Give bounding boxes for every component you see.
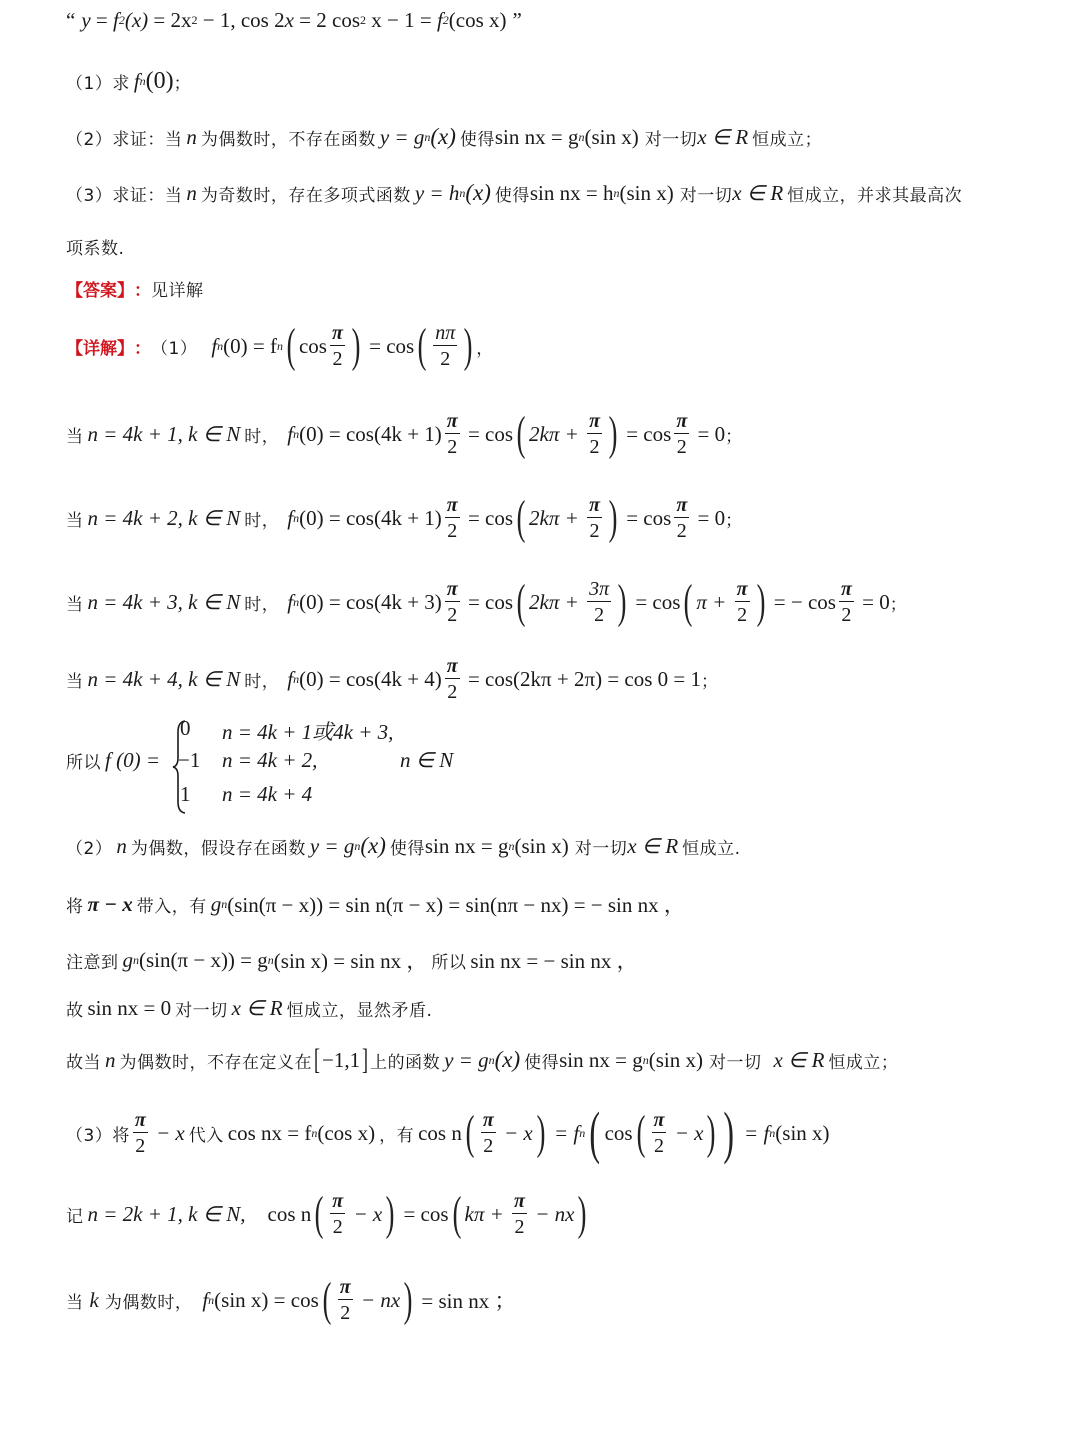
- punct: ；: [725, 422, 743, 447]
- text: 为偶数时，不存在定义在: [120, 1048, 313, 1073]
- subscript: n: [579, 1126, 585, 1141]
- numerator: π: [133, 1110, 148, 1133]
- fraction: π2: [735, 579, 750, 625]
- expr: = cos: [364, 334, 414, 359]
- left-paren: (: [590, 1104, 601, 1162]
- expr: = 2 cos: [294, 8, 360, 33]
- punct: ，: [476, 334, 494, 359]
- fraction: π2: [481, 1110, 496, 1156]
- fraction: π2: [445, 411, 460, 457]
- var-k: k: [90, 1288, 99, 1313]
- solution-label: 【详解】: [66, 334, 134, 359]
- question-2: （2）求证：当 n 为偶数时，不存在函数 y = gn (x) 使得 sin n…: [66, 124, 822, 150]
- right-paren: ): [386, 1190, 395, 1238]
- question-3: （3）求证：当 n 为奇数时，存在多项式函数 y = hn (x) 使得 sin…: [66, 180, 962, 206]
- piecewise-value-1: 0: [180, 716, 191, 741]
- denominator: 2: [677, 434, 687, 457]
- piecewise-value-3: 1: [180, 782, 191, 807]
- fraction: π2: [839, 579, 854, 625]
- text: 当: [66, 1288, 84, 1313]
- subscript: n: [277, 339, 283, 354]
- expr: (sin x) = sin nx ，: [274, 945, 428, 975]
- right-paren: ): [707, 1109, 716, 1157]
- denominator: 2: [447, 679, 457, 702]
- text: 时，: [244, 667, 279, 692]
- text: 时，: [244, 506, 279, 531]
- numerator: π: [338, 1277, 353, 1300]
- punct: ；: [725, 506, 743, 531]
- expr: y = g: [310, 834, 355, 859]
- numerator: π: [674, 495, 689, 518]
- left-paren: (: [465, 1109, 474, 1157]
- fraction: π2: [587, 411, 602, 457]
- expr: sin nx = 0: [88, 996, 172, 1021]
- text: 将: [66, 892, 84, 917]
- numerator: π: [445, 656, 460, 679]
- condition: n = 4k + 3, k ∈ N: [88, 590, 241, 615]
- numerator: π: [445, 495, 460, 518]
- text: 当: [66, 667, 84, 692]
- answer-colon: ：: [134, 276, 151, 301]
- expr: sin nx = − sin nx ，: [470, 945, 637, 975]
- numerator: 3π: [587, 579, 611, 602]
- text: 为偶数时，: [105, 1288, 193, 1313]
- expr: (sin(π − x)) = g: [139, 948, 268, 973]
- expr: = − cos: [769, 590, 836, 615]
- expr: = cos: [621, 506, 671, 531]
- text: 代入: [189, 1121, 224, 1146]
- expr: x ∈ R: [697, 125, 748, 150]
- arg: (sin x): [514, 834, 568, 859]
- denominator: 2: [447, 434, 457, 457]
- text: 使得: [460, 125, 495, 150]
- text: 带入，有: [137, 892, 207, 917]
- expr: = 0: [857, 590, 890, 615]
- text: 使得: [495, 181, 530, 206]
- fraction: nπ2: [433, 323, 457, 369]
- text: 恒成立，显然矛盾.: [287, 996, 433, 1021]
- expr: sin nx = g: [425, 834, 509, 859]
- text: 对一切: [645, 125, 698, 150]
- arg: (x): [495, 1047, 521, 1073]
- expr: = 0: [692, 422, 725, 447]
- expr: − x: [348, 1202, 382, 1227]
- expr: 2kπ +: [529, 422, 584, 447]
- var-g: g: [123, 948, 134, 973]
- var-n: n: [186, 125, 197, 150]
- expr: = cos: [463, 422, 513, 447]
- denominator: 2: [514, 1214, 524, 1237]
- numerator: π: [445, 411, 460, 434]
- left-paren: (: [418, 322, 427, 370]
- expr: = cos(2kπ + 2π) = cos 0 = 1: [463, 667, 701, 692]
- arg: (cos x): [449, 8, 507, 33]
- case-line-3: 当 n = 4k + 3, k ∈ N 时， fn (0) = cos(4k +…: [66, 578, 907, 626]
- open-quote: “: [66, 8, 75, 33]
- piecewise-value-2: −1: [178, 748, 200, 773]
- text: 为奇数时，存在多项式函数: [201, 181, 411, 206]
- question-label: （1）求: [66, 69, 130, 94]
- numerator: π: [481, 1110, 496, 1133]
- numerator: π: [330, 1191, 345, 1214]
- text: 使得: [524, 1048, 559, 1073]
- text: 项系数.: [66, 234, 124, 259]
- expr: − nx: [530, 1202, 575, 1227]
- expr: − x: [499, 1121, 533, 1146]
- part2-line-4: 故 sin nx = 0 对一切 x ∈ R 恒成立，显然矛盾.: [66, 996, 432, 1021]
- arg: (0): [146, 68, 174, 95]
- text: 为偶数时，不存在函数: [201, 125, 376, 150]
- expr: − 1, cos 2: [198, 8, 285, 33]
- expr: = f: [739, 1121, 770, 1146]
- text: 为偶数，假设存在函数: [131, 834, 306, 859]
- var-n: n: [186, 181, 197, 206]
- punct: ；: [890, 590, 908, 615]
- text: 故当: [66, 1048, 101, 1073]
- text: 使得: [390, 834, 425, 859]
- text: 对一切: [680, 181, 733, 206]
- expr: sin nx = g: [559, 1048, 643, 1073]
- fraction: π2: [512, 1191, 527, 1237]
- expr: 2kπ +: [529, 590, 584, 615]
- numerator: π: [512, 1191, 527, 1214]
- arg: (sin x): [619, 181, 673, 206]
- part2-line-2: 将 π − x 带入，有 gn (sin(π − x)) = sin n(π −…: [66, 889, 685, 919]
- denominator: 2: [737, 602, 747, 625]
- case-line-2: 当 n = 4k + 2, k ∈ N 时， fn (0) = cos(4k +…: [66, 494, 743, 542]
- expr: = cos: [463, 506, 513, 531]
- fraction: π2: [445, 495, 460, 541]
- numerator: π: [587, 411, 602, 434]
- text: 所以: [66, 748, 101, 773]
- intro-formula-line: “ y = f2 (x) = 2x2 − 1, cos 2x = 2 cos2 …: [66, 8, 522, 33]
- expr: − nx: [356, 1288, 401, 1313]
- condition: n = 4k + 2, k ∈ N: [88, 506, 241, 531]
- text: 注意到: [66, 948, 119, 973]
- denominator: 2: [590, 434, 600, 457]
- var-g: g: [211, 892, 222, 917]
- var-n: n: [105, 1048, 116, 1073]
- text: 所以: [431, 948, 466, 973]
- text: 恒成立.: [682, 834, 740, 859]
- fraction: 3π2: [587, 579, 611, 625]
- piecewise-cond-1: n = 4k + 1或4k + 3,: [222, 716, 393, 746]
- arg: (x): [465, 180, 491, 206]
- right-paren: ): [609, 494, 618, 542]
- part3-line-1: （3）将 π2 − x 代入 cos nx = fn (cos x) ，有 co…: [66, 1104, 830, 1162]
- expr: x ∈ R: [773, 1048, 824, 1073]
- expr: cos n: [268, 1202, 312, 1227]
- answer-label: 【答案】: [66, 276, 134, 301]
- expr: y = g: [380, 125, 425, 150]
- case-line-4: 当 n = 4k + 4, k ∈ N 时， fn (0) = cos(4k +…: [66, 656, 719, 702]
- part2-line-1: （2） n 为偶数，假设存在函数 y = gn (x) 使得 sin nx = …: [66, 833, 741, 859]
- fraction: π2: [445, 579, 460, 625]
- expr: = 0: [692, 506, 725, 531]
- piecewise-domain: n ∈ N: [400, 748, 453, 773]
- numerator: π: [587, 495, 602, 518]
- right-paren: ): [464, 322, 473, 370]
- punct: ；: [701, 667, 719, 692]
- piecewise-lhs: 所以 f (0) =: [66, 748, 165, 773]
- piecewise-cond-3: n = 4k + 4: [222, 782, 312, 807]
- left-paren: (: [322, 1276, 331, 1324]
- expr: π +: [696, 590, 731, 615]
- arg: (x): [125, 8, 148, 33]
- right-paren: ): [404, 1276, 413, 1324]
- numerator: π: [839, 579, 854, 602]
- text: 恒成立，并求其最高次: [787, 181, 962, 206]
- right-paren: ): [618, 578, 627, 626]
- denominator: 2: [594, 602, 604, 625]
- part3-line-3: 当 k 为偶数时， fn (sin x) = cos ( π2 − nx ) =…: [66, 1276, 516, 1324]
- arg: (sin x): [649, 1048, 703, 1073]
- denominator: 2: [483, 1133, 493, 1156]
- part-number: （3）将: [66, 1121, 130, 1146]
- left-paren: (: [636, 1109, 645, 1157]
- part-number: （1）: [151, 334, 197, 359]
- right-paren: ): [578, 1190, 587, 1238]
- expr: x ∈ R: [232, 996, 283, 1021]
- fraction: π2: [587, 495, 602, 541]
- equals: =: [148, 8, 170, 33]
- expr: π − x: [88, 892, 133, 917]
- question-label: （2）求证：当: [66, 125, 182, 150]
- text: 恒成立；: [752, 125, 822, 150]
- expr: 2kπ +: [529, 506, 584, 531]
- arg: (cos x): [317, 1121, 375, 1146]
- fraction: π2: [445, 656, 460, 702]
- var-x: x: [285, 8, 294, 33]
- part2-line-3: 注意到 gn (sin(π − x)) = gn (sin x) = sin n…: [66, 945, 638, 975]
- solution-part1: 【详解】 ： （1） fn (0) = fn ( cos π2 ) = cos …: [66, 322, 494, 370]
- left-paren: (: [287, 322, 296, 370]
- denominator: 2: [447, 518, 457, 541]
- expr: kπ +: [465, 1202, 510, 1227]
- answer-text: 见详解: [151, 276, 204, 301]
- left-paren: (: [517, 578, 526, 626]
- numerator: π: [674, 411, 689, 434]
- text: 当: [66, 590, 84, 615]
- denominator: 2: [677, 518, 687, 541]
- expr: cos nx = f: [228, 1121, 312, 1146]
- right-paren: ): [756, 578, 765, 626]
- condition: n = 2k + 1, k ∈ N,: [88, 1202, 246, 1227]
- right-paren: ): [724, 1104, 735, 1162]
- numerator: π: [652, 1110, 667, 1133]
- expr: (0) = cos(4k + 4): [299, 667, 442, 692]
- arg: (x): [430, 124, 456, 150]
- expr: = f: [549, 1121, 580, 1146]
- expr: = cos: [630, 590, 680, 615]
- text: 时，: [244, 422, 279, 447]
- expr: (0) = f: [223, 334, 277, 359]
- denominator: 2: [447, 602, 457, 625]
- expr: x − 1 =: [366, 8, 437, 33]
- text: 对一切: [175, 996, 228, 1021]
- expr: = cos: [463, 590, 513, 615]
- expr: (0) = cos(4k + 1): [299, 506, 442, 531]
- var-y: y: [81, 8, 90, 33]
- expr: sin nx = g: [495, 125, 579, 150]
- right-paren: ): [352, 322, 361, 370]
- condition: n = 4k + 4, k ∈ N: [88, 667, 241, 692]
- denominator: 2: [654, 1133, 664, 1156]
- fraction: π2: [652, 1110, 667, 1156]
- fraction: π2: [674, 495, 689, 541]
- denominator: 2: [590, 518, 600, 541]
- fraction: π2: [330, 1191, 345, 1237]
- question-label: （3）求证：当: [66, 181, 182, 206]
- expr: x ∈ R: [732, 181, 783, 206]
- question-1: （1）求 fn (0) ；: [66, 68, 191, 95]
- expr: f (0) =: [105, 748, 165, 773]
- expr: sin nx = h: [530, 181, 614, 206]
- case-line-1: 当 n = 4k + 1, k ∈ N 时， fn (0) = cos(4k +…: [66, 410, 743, 458]
- denominator: 2: [841, 602, 851, 625]
- denominator: 2: [332, 346, 342, 369]
- expr: y = g: [444, 1048, 489, 1073]
- left-paren: (: [452, 1190, 461, 1238]
- solution-colon: ：: [134, 334, 151, 359]
- numerator: π: [735, 579, 750, 602]
- text: 时，: [244, 590, 279, 615]
- arg: (x): [360, 833, 386, 859]
- numerator: nπ: [433, 323, 457, 346]
- expr: cos: [299, 334, 327, 359]
- expr: cos: [605, 1121, 633, 1146]
- condition: n = 4k + 1, k ∈ N: [88, 422, 241, 447]
- left-paren: (: [517, 494, 526, 542]
- expr: = sin nx ；: [416, 1285, 515, 1315]
- expr: (0) = cos(4k + 3): [299, 590, 442, 615]
- expr: (0) = cos(4k + 1): [299, 422, 442, 447]
- right-bracket: ]: [362, 1043, 368, 1077]
- equals: =: [91, 8, 113, 33]
- denominator: 2: [440, 346, 450, 369]
- expr: cos n: [418, 1121, 462, 1146]
- left-paren: (: [684, 578, 693, 626]
- expr: (sin(π − x)) = sin n(π − x) = sin(nπ − n…: [227, 889, 685, 919]
- expr: 2x: [171, 8, 192, 33]
- numerator: π: [330, 323, 345, 346]
- close-quote: ”: [513, 8, 522, 33]
- text: 记: [66, 1202, 84, 1227]
- punct: ；: [174, 69, 192, 94]
- fraction: π2: [674, 411, 689, 457]
- text: 上的函数: [370, 1048, 440, 1073]
- var-n: n: [116, 834, 127, 859]
- question-3-continued: 项系数.: [66, 234, 124, 259]
- text: 对一切: [575, 834, 628, 859]
- part-number: （2）: [66, 834, 112, 859]
- part2-line-5: 故当 n 为偶数时，不存在定义在 [−1,1] 上的函数 y = gn (x) …: [66, 1043, 898, 1077]
- left-paren: (: [315, 1190, 324, 1238]
- interval: −1,1: [322, 1048, 360, 1073]
- arg: (sin x): [775, 1121, 829, 1146]
- fraction: π2: [330, 323, 345, 369]
- left-paren: (: [517, 410, 526, 458]
- fraction: π2: [338, 1277, 353, 1323]
- expr: (sin x) = cos: [214, 1288, 319, 1313]
- expr: = cos: [621, 422, 671, 447]
- part3-line-2: 记 n = 2k + 1, k ∈ N, cos n ( π2 − x ) = …: [66, 1190, 590, 1238]
- expr: y = h: [415, 181, 460, 206]
- right-paren: ): [536, 1109, 545, 1157]
- piecewise-cond-2: n = 4k + 2,: [222, 748, 317, 773]
- text: 当: [66, 422, 84, 447]
- text: 对一切: [709, 1048, 762, 1073]
- numerator: π: [445, 579, 460, 602]
- left-bracket: [: [314, 1043, 320, 1077]
- text: 故: [66, 996, 84, 1021]
- right-paren: ): [609, 410, 618, 458]
- denominator: 2: [333, 1214, 343, 1237]
- answer-line: 【答案】 ： 见详解: [66, 276, 204, 301]
- denominator: 2: [135, 1133, 145, 1156]
- expr: x ∈ R: [627, 834, 678, 859]
- denominator: 2: [340, 1300, 350, 1323]
- expr: = cos: [398, 1202, 448, 1227]
- expr: − x: [669, 1121, 703, 1146]
- text: ，有: [379, 1121, 414, 1146]
- arg: (sin x): [584, 125, 638, 150]
- text: 恒成立；: [828, 1048, 898, 1073]
- text: 当: [66, 506, 84, 531]
- expr: − x: [151, 1121, 185, 1146]
- fraction: π2: [133, 1110, 148, 1156]
